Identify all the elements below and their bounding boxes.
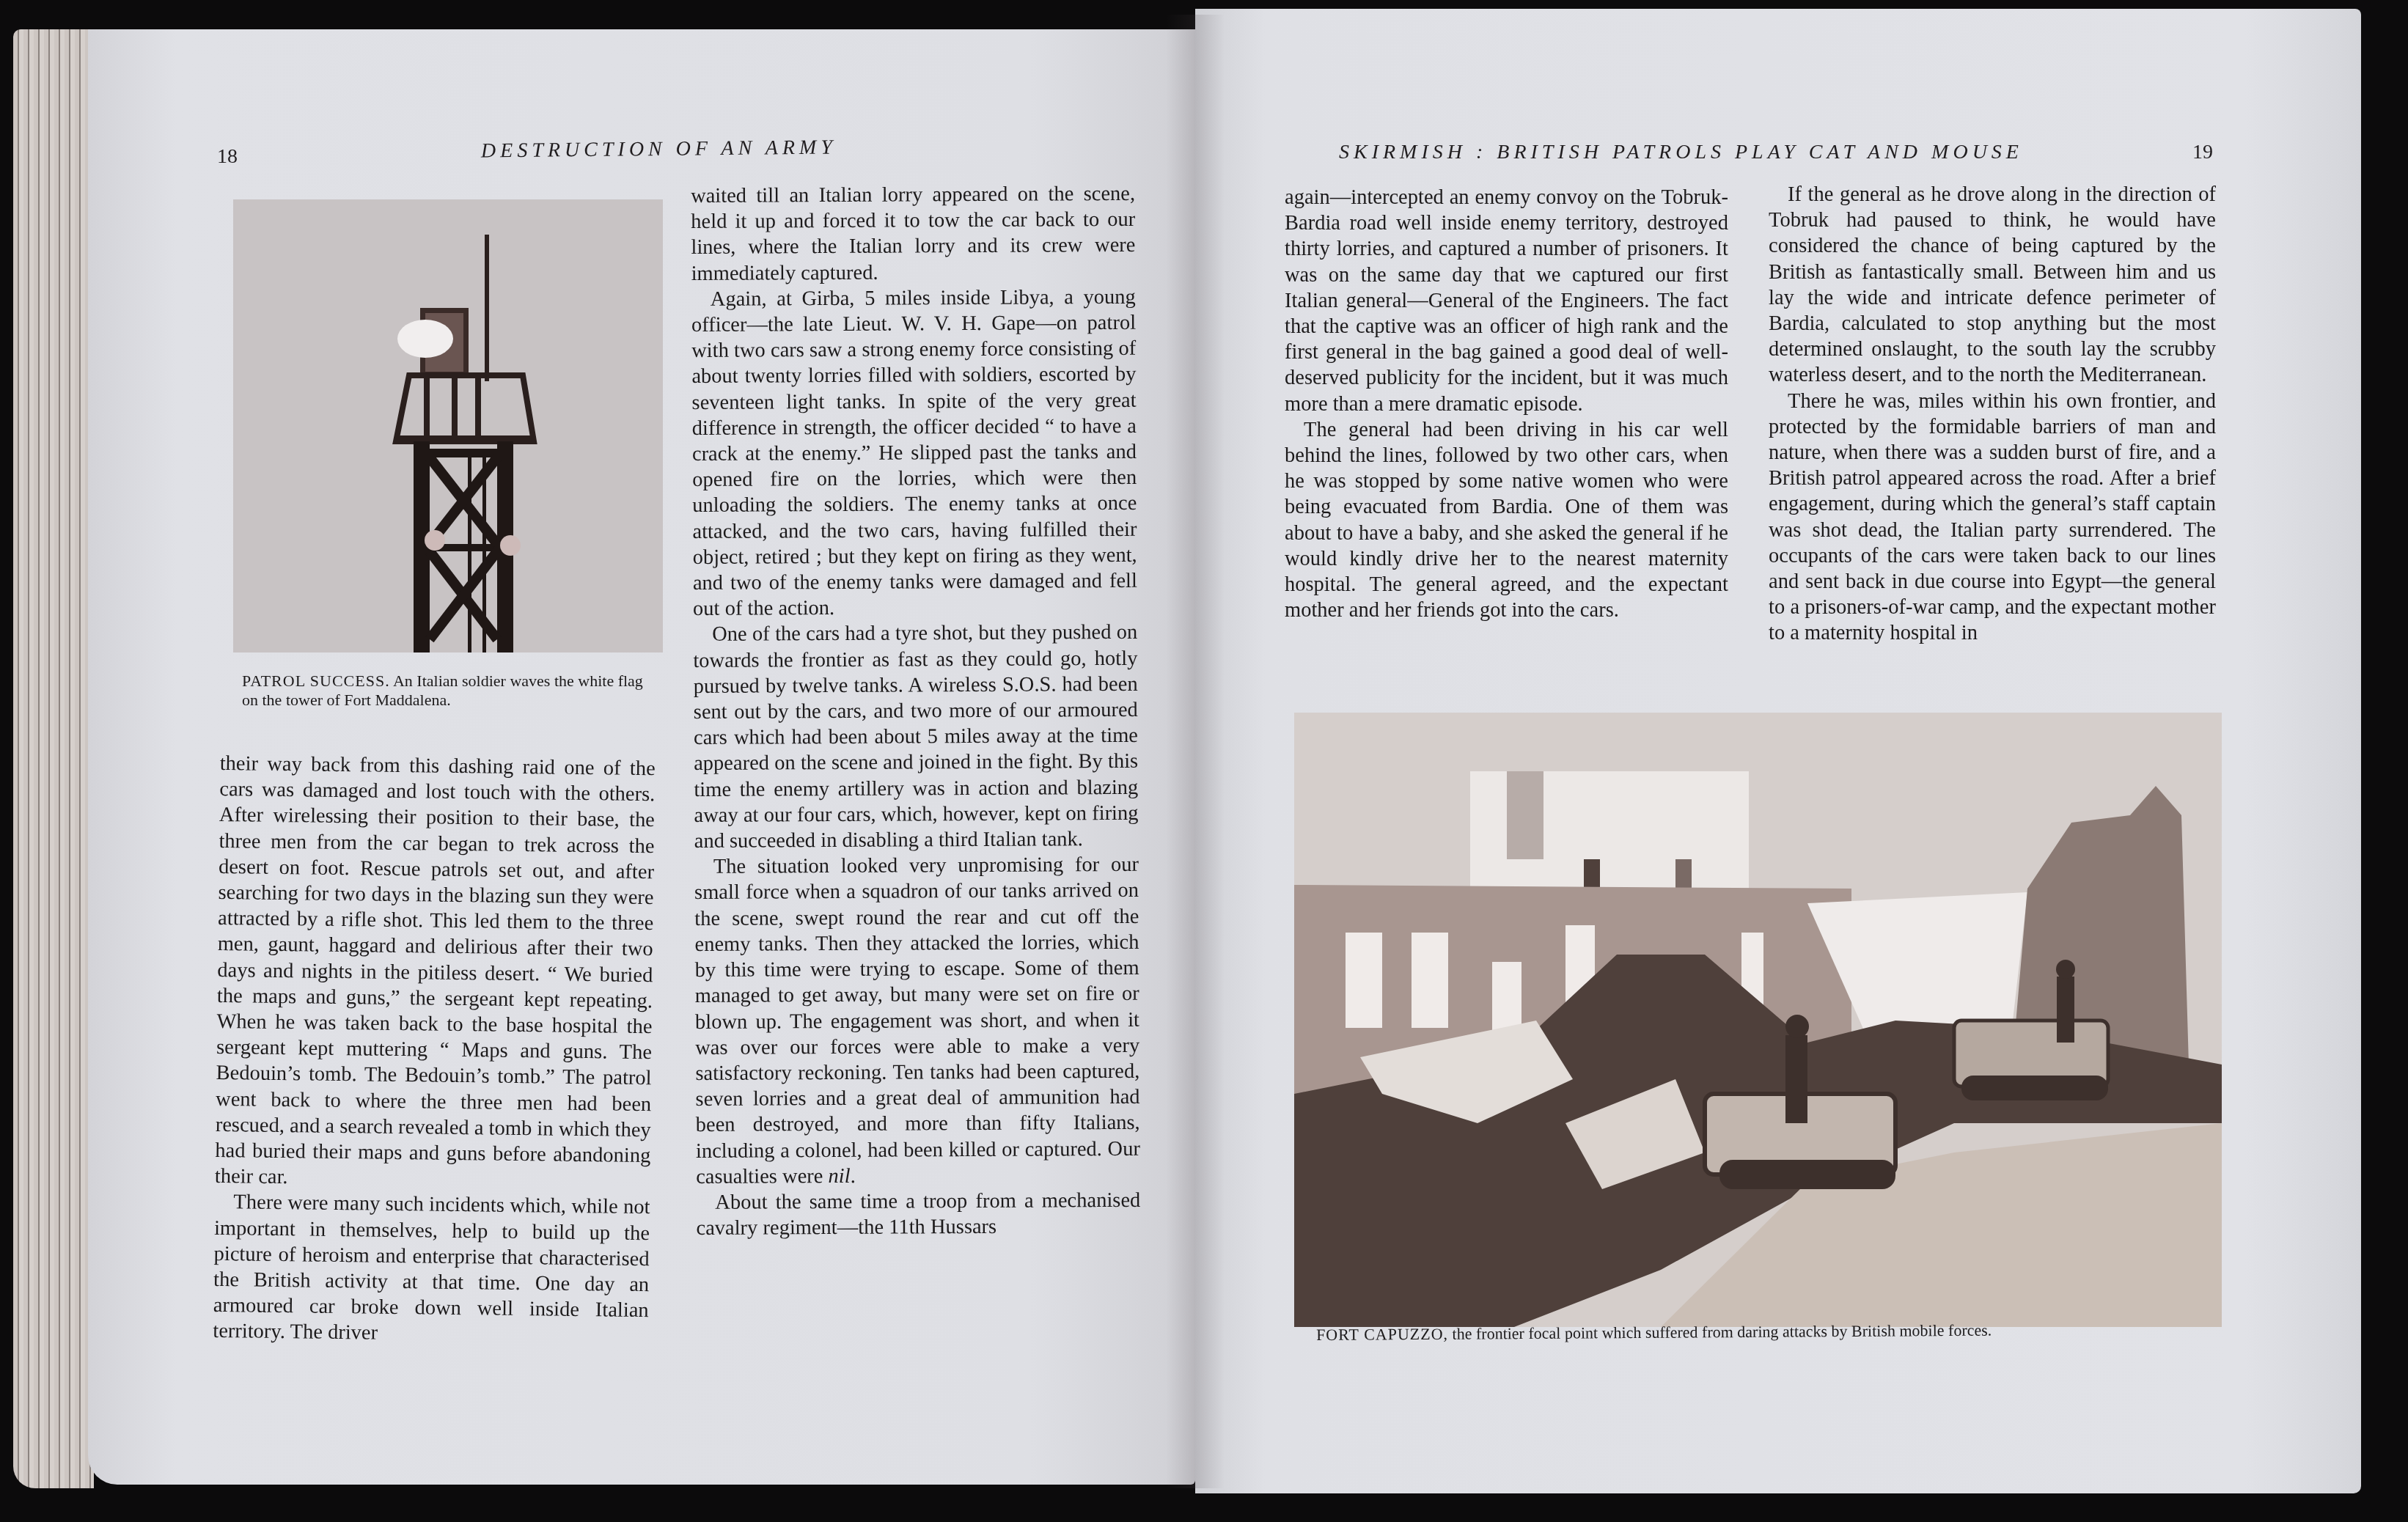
- tower-photo-caption: PATROL SUCCESS. An Italian soldier waves…: [242, 672, 660, 710]
- paragraph: their way back from this dashing raid on…: [215, 751, 656, 1195]
- paragraph: waited till an Italian lorry appeared on…: [691, 181, 1136, 287]
- paragraph: About the same time a troop from a mecha…: [696, 1188, 1140, 1242]
- paragraph: The general had been driving in his car …: [1285, 417, 1728, 624]
- paragraph: Again, at Girba, 5 miles inside Libya, a…: [691, 284, 1137, 622]
- paragraph: again—intercepted an enemy convoy on the…: [1285, 185, 1728, 417]
- page-number-left: 18: [217, 145, 238, 169]
- running-head-right: SKIRMISH : BRITISH PATROLS PLAY CAT AND …: [1339, 141, 2023, 164]
- fort-maddalena-tower-image: [233, 199, 663, 652]
- tower-photo: [233, 199, 663, 652]
- caption-text: the frontier focal point which suffered …: [1452, 1321, 1992, 1343]
- caption-title: PATROL SUCCESS.: [242, 672, 390, 690]
- fort-capuzzo-photo: [1294, 713, 2222, 1327]
- paragraph: One of the cars had a tyre shot, but the…: [693, 620, 1139, 854]
- book-page-edges: [13, 29, 94, 1488]
- right-page-column-2: If the general as he drove along in the …: [1769, 182, 2216, 647]
- page-number-right: 19: [2192, 141, 2213, 164]
- fort-capuzzo-ruins-image: [1294, 713, 2222, 1327]
- paragraph: There were many such incidents which, wh…: [213, 1189, 650, 1349]
- right-page-column-1: again—intercepted an enemy convoy on the…: [1285, 185, 1728, 623]
- caption-title: FORT CAPUZZO,: [1316, 1325, 1448, 1344]
- left-page-column-1: their way back from this dashing raid on…: [213, 751, 656, 1350]
- paragraph: There he was, miles within his own front…: [1769, 389, 2216, 647]
- paragraph: The situation looked very unpromising fo…: [694, 852, 1140, 1190]
- left-page-column-2: waited till an Italian lorry appeared on…: [691, 181, 1141, 1241]
- paragraph: If the general as he drove along in the …: [1769, 182, 2216, 389]
- running-head-left: DESTRUCTION OF AN ARMY: [481, 136, 837, 163]
